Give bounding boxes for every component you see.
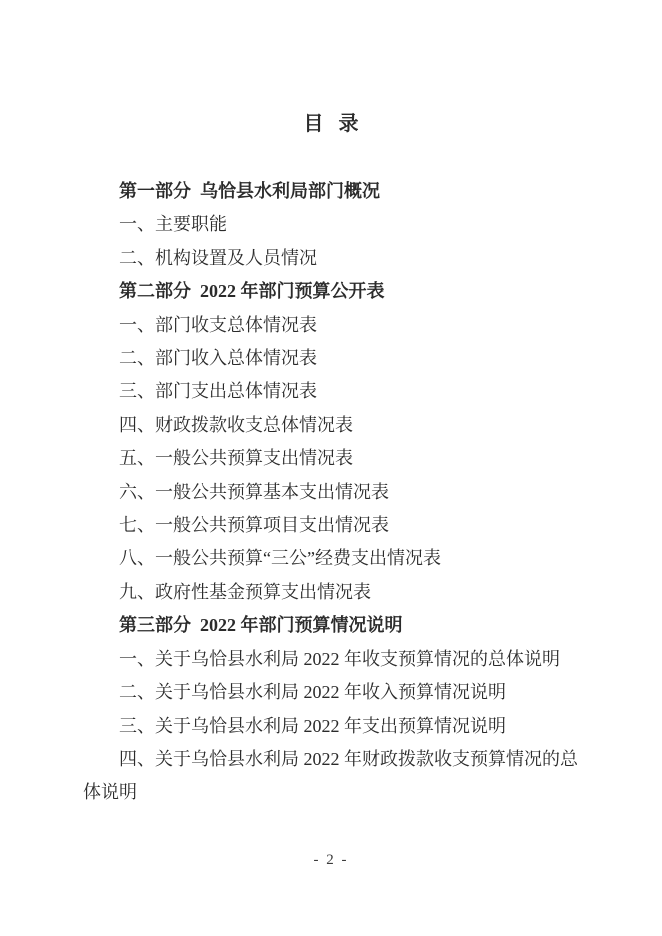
toc-entry: 三、关于乌恰县水利局 2022 年支出预算情况说明	[83, 710, 580, 743]
toc-section-heading: 第一部分 乌恰县水利局部门概况	[83, 175, 580, 208]
toc-list: 第一部分 乌恰县水利局部门概况一、主要职能二、机构设置及人员情况第二部分 202…	[83, 175, 580, 810]
toc-section-heading: 第三部分 2022 年部门预算情况说明	[83, 609, 580, 642]
page-number: - 2 -	[0, 851, 662, 869]
toc-entry: 九、政府性基金预算支出情况表	[83, 576, 580, 609]
toc-entry: 一、主要职能	[83, 208, 580, 241]
page-title: 目 录	[83, 111, 580, 138]
toc-entry: 一、关于乌恰县水利局 2022 年收支预算情况的总体说明	[83, 643, 580, 676]
toc-entry: 二、机构设置及人员情况	[83, 242, 580, 275]
toc-entry: 七、一般公共预算项目支出情况表	[83, 509, 580, 542]
toc-entry: 四、财政拨款收支总体情况表	[83, 409, 580, 442]
page-content: 目 录 第一部分 乌恰县水利局部门概况一、主要职能二、机构设置及人员情况第二部分…	[0, 111, 662, 810]
toc-entry: 二、关于乌恰县水利局 2022 年收入预算情况说明	[83, 676, 580, 709]
toc-section-heading: 第二部分 2022 年部门预算公开表	[83, 275, 580, 308]
toc-entry: 三、部门支出总体情况表	[83, 375, 580, 408]
document-page: 目 录 第一部分 乌恰县水利局部门概况一、主要职能二、机构设置及人员情况第二部分…	[0, 0, 662, 936]
toc-entry: 五、一般公共预算支出情况表	[83, 442, 580, 475]
toc-entry: 八、一般公共预算“三公”经费支出情况表	[83, 542, 580, 575]
toc-entry: 四、关于乌恰县水利局 2022 年财政拨款收支预算情况的总体说明	[83, 743, 580, 810]
toc-entry: 二、部门收入总体情况表	[83, 342, 580, 375]
toc-entry: 六、一般公共预算基本支出情况表	[83, 476, 580, 509]
toc-entry: 一、部门收支总体情况表	[83, 309, 580, 342]
